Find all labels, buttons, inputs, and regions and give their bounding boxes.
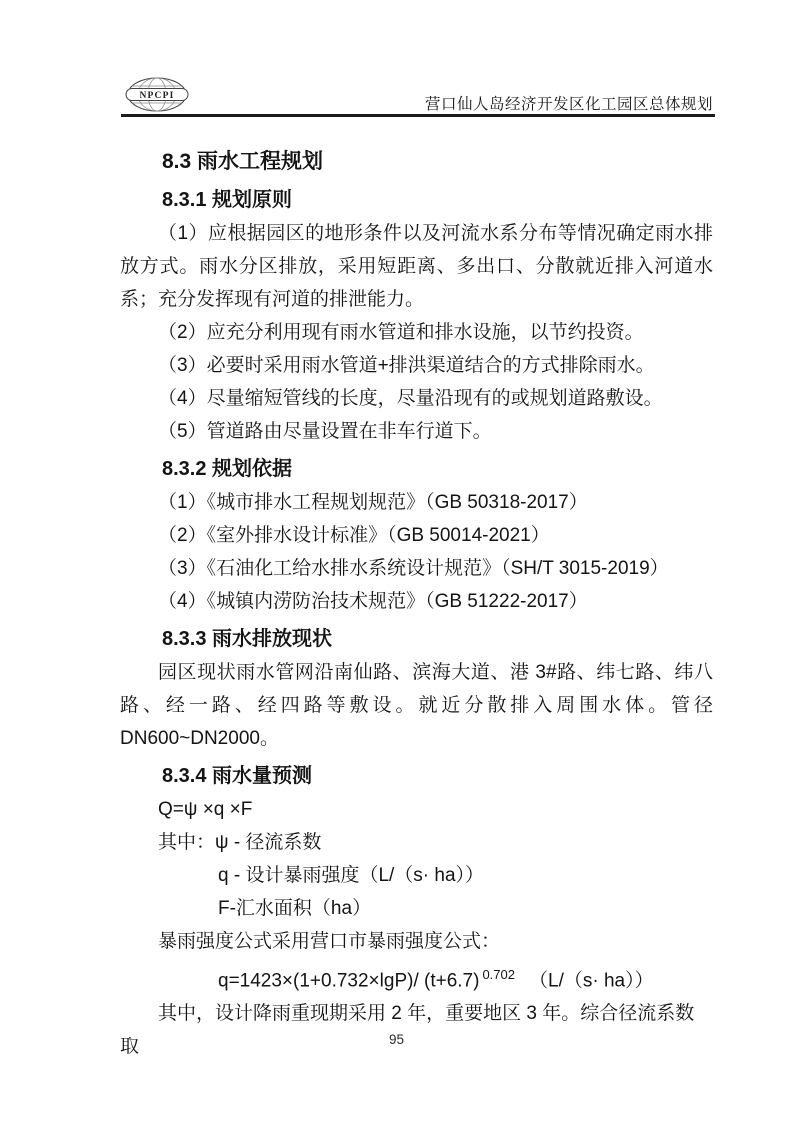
header-doc-title: 营口仙人岛经济开发区化工园区总体规划 <box>425 92 713 114</box>
storm-intensity-formula: q=1423×(1+0.732×lgP)/ (t+6.7)0.702（L/（s·… <box>120 958 713 997</box>
header-divider <box>121 114 715 117</box>
runoff-formula: Q=ψ ×q ×F <box>120 793 713 826</box>
section-8-3-3-heading: 8.3.3 雨水排放现状 <box>162 622 713 656</box>
section-8-3-4-heading: 8.3.4 雨水量预测 <box>162 759 713 793</box>
formula-definition-psi: 其中：ψ - 径流系数 <box>120 826 713 859</box>
section-8-3-heading: 8.3 雨水工程规划 <box>162 145 713 179</box>
list-item-principle-2: （2）应充分利用现有雨水管道和排水设施，以节约投资。 <box>120 316 713 349</box>
current-status-paragraph: 园区现状雨水管网沿南仙路、滨海大道、港 3#路、纬七路、纬八路、经一路、经四路等… <box>120 656 713 755</box>
page-footer: 95 <box>0 1032 793 1047</box>
storm-formula-unit: （L/（s· ha）） <box>529 970 654 991</box>
logo-text: NPCPI <box>139 91 174 101</box>
design-period-note: 其中，设计降雨重现期采用 2 年，重要地区 3 年。综合径流系数取 <box>120 997 713 1063</box>
formula-definition-f: F-汇水面积（ha） <box>120 892 713 925</box>
document-page: NPCPI 营口仙人岛经济开发区化工园区总体规划 8.3 雨水工程规划 8.3.… <box>0 0 793 1122</box>
list-item-basis-3: （3）《石油化工给水排水系统设计规范》（SH/T 3015-2019） <box>120 552 713 585</box>
list-item-basis-2: （2）《室外排水设计标准》（GB 50014-2021） <box>120 519 713 552</box>
list-item-principle-1: （1）应根据园区的地形条件以及河流水系分布等情况确定雨水排放方式。雨水分区排放，… <box>120 217 713 316</box>
section-8-3-1-heading: 8.3.1 规划原则 <box>162 183 713 217</box>
storm-formula-base: q=1423×(1+0.732×lgP)/ (t+6.7) <box>218 970 479 991</box>
document-content: 8.3 雨水工程规划 8.3.1 规划原则 （1）应根据园区的地形条件以及河流水… <box>120 145 713 1063</box>
list-item-principle-3: （3）必要时采用雨水管道+排洪渠道结合的方式排除雨水。 <box>120 349 713 382</box>
list-item-basis-4: （4）《城镇内涝防治技术规范》（GB 51222-2017） <box>120 585 713 618</box>
storm-intensity-intro: 暴雨强度公式采用营口市暴雨强度公式： <box>120 925 713 958</box>
list-item-principle-4: （4）尽量缩短管线的长度，尽量沿现有的或规划道路敷设。 <box>120 382 713 415</box>
page-number: 95 <box>389 1032 404 1047</box>
list-item-basis-1: （1）《城市排水工程规划规范》（GB 50318-2017） <box>120 486 713 519</box>
section-8-3-2-heading: 8.3.2 规划依据 <box>162 452 713 486</box>
storm-formula-exponent: 0.702 <box>482 967 515 982</box>
npcpi-globe-logo-icon: NPCPI <box>125 75 189 115</box>
formula-definition-q: q - 设计暴雨强度（L/（s· ha）） <box>120 859 713 892</box>
list-item-principle-5: （5）管道路由尽量设置在非车行道下。 <box>120 415 713 448</box>
